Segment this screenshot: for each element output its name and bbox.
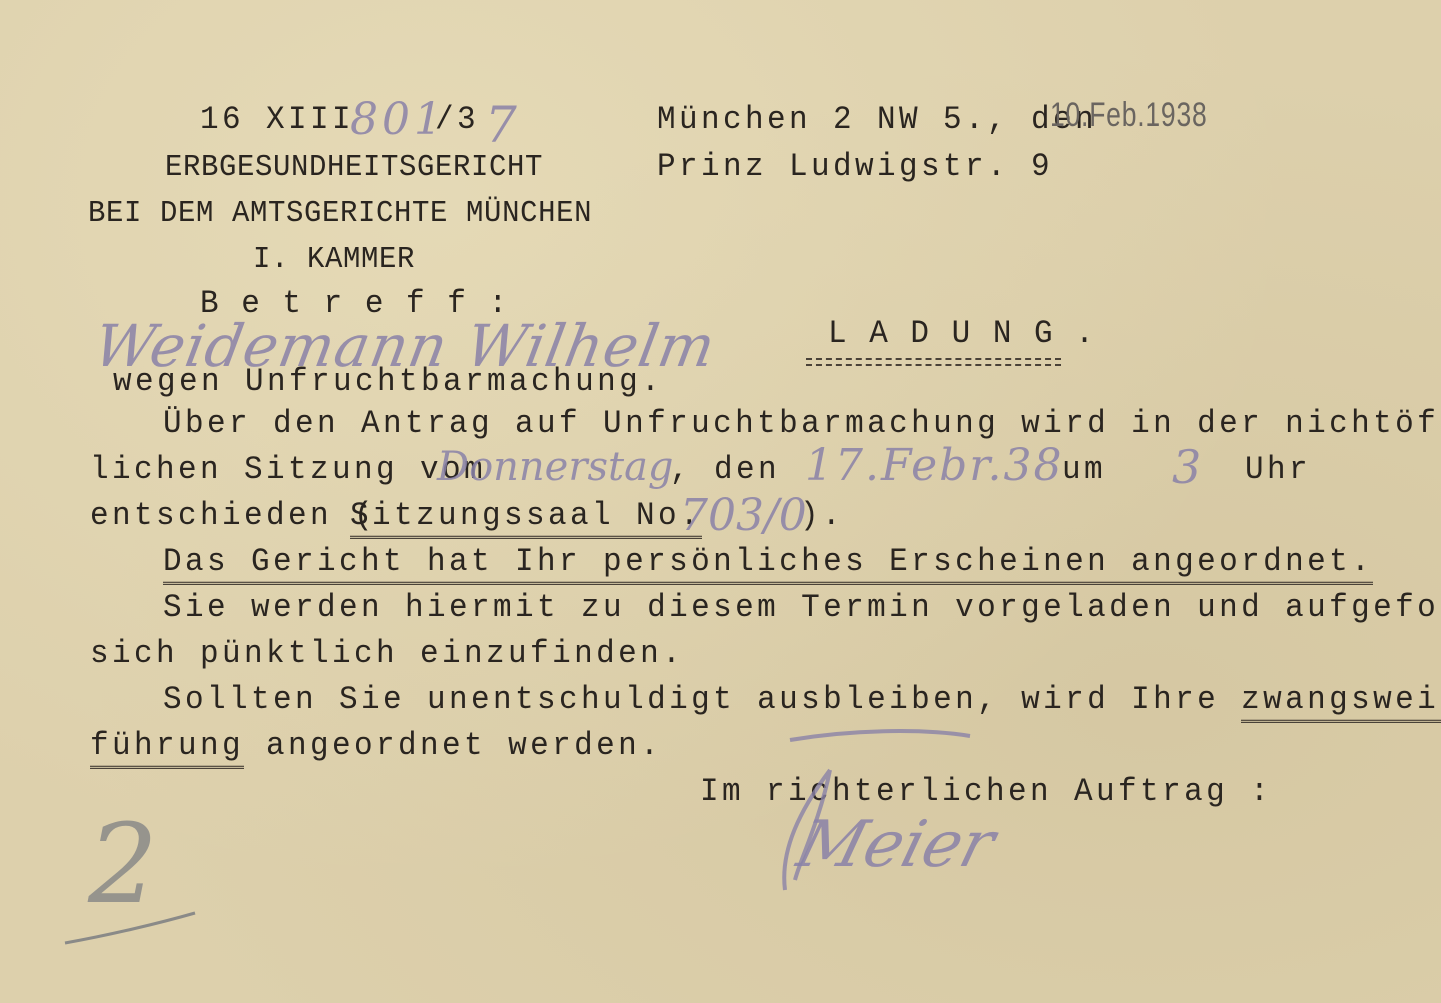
body-p4-line1-text: Sollten Sie unentschuldigt ausbleiben, w… <box>163 682 1241 719</box>
file-reference-typed: 16 XIII <box>200 103 354 139</box>
courtroom-label: Sitzungssaal No. <box>350 499 702 539</box>
date-stamp: 10.Feb.1938 <box>1050 96 1208 135</box>
body-p4-line1: Sollten Sie unentschuldigt ausbleiben, w… <box>163 683 1441 719</box>
courtroom-number-handwritten: 703/0 <box>680 490 807 541</box>
body-p1-line1: Über den Antrag auf Unfruchtbarmachung w… <box>163 407 1441 443</box>
body-p4-line2-text: angeordnet werden. <box>244 728 662 765</box>
body-p3-line2: sich pünktlich einzufinden. <box>90 637 684 673</box>
body-p1-line3-b: ). <box>800 499 844 535</box>
body-p1-line2-a: lichen Sitzung vom <box>90 453 486 489</box>
body-p1-line2-d: Uhr <box>1245 453 1311 489</box>
court-name-line1: ERBGESUNDHEITSGERICHT <box>165 150 543 186</box>
body-p3-line1: Sie werden hiermit zu diesem Termin vorg… <box>163 591 1441 627</box>
margin-stroke-icon <box>60 905 200 945</box>
body-p4-underlined-part1: zwangsweise Vor- <box>1241 682 1441 723</box>
hearing-day-handwritten: Donnerstag <box>437 444 674 490</box>
body-p1-line2-b: , den <box>670 453 780 489</box>
body-p2-appearance-ordered: Das Gericht hat Ihr persönliches Erschei… <box>163 545 1373 585</box>
file-reference-year-handwritten: 7 <box>485 96 517 154</box>
place-and-date-line: München 2 NW 5., den <box>657 103 1097 139</box>
subject-line: wegen Unfruchtbarmachung. <box>113 365 663 401</box>
body-p4-line2: führung angeordnet werden. <box>90 729 662 765</box>
body-p1-line2-c: um <box>1062 453 1106 489</box>
title-underline-top <box>806 358 1061 360</box>
document-title: L A D U N G . <box>828 317 1096 353</box>
title-underline-bottom <box>806 364 1061 366</box>
hearing-hour-handwritten: 3 <box>1172 440 1201 494</box>
hearing-date-handwritten: 17.Febr.38 <box>805 440 1063 491</box>
body-p4-underlined-part2: führung <box>90 728 244 769</box>
court-name-line2: BEI DEM AMTSGERICHTE MÜNCHEN <box>88 196 592 232</box>
signature-handwritten: Meier <box>790 808 1002 882</box>
court-chamber: I. KAMMER <box>253 242 415 278</box>
file-reference-year-typed: /3 <box>435 103 479 139</box>
file-reference-handwritten: 801 <box>350 94 446 145</box>
court-address: Prinz Ludwigstr. 9 <box>657 150 1053 186</box>
